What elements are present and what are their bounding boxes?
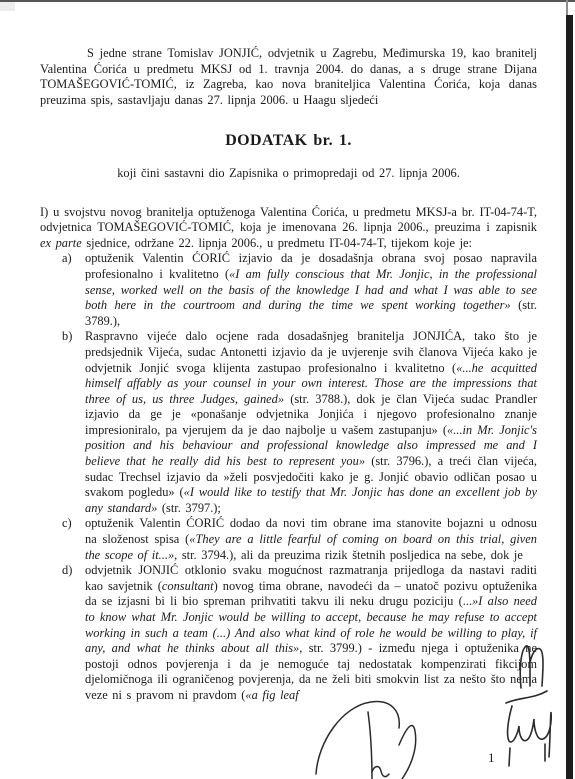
handwritten-signature [316, 702, 416, 779]
list-item: b)Raspravno vijeće dalo ocjene rada dosa… [85, 329, 537, 516]
scan-top-edge-line [0, 0, 575, 2]
list-item: a)optuženik Valentin ĆORIĆ izjavio da je… [85, 251, 537, 329]
item-label: c) [62, 516, 72, 532]
item-label: d) [62, 563, 72, 579]
quoted-italic-text: «a fig leaf [245, 688, 298, 702]
scanned-document-page: S jedne strane Tomislav JONJIĆ, odvjetni… [0, 0, 575, 779]
section-intro-paragraph: I) u svojstvu novog branitelja optuženog… [40, 205, 537, 252]
item-text: optuženik Valentin ĆORIĆ dodao da novi t… [85, 516, 537, 561]
item-list: a)optuženik Valentin ĆORIĆ izjavio da je… [85, 251, 537, 703]
scan-binding-bar [566, 15, 573, 779]
item-text: optuženik Valentin ĆORIĆ izjavio da je d… [85, 251, 537, 327]
document-title: DODATAK br. 1. [40, 133, 537, 149]
quoted-italic-text: ex parte [40, 236, 82, 250]
item-label: b) [62, 329, 72, 345]
page-number: 1 [488, 750, 495, 766]
list-item: d)odvjetnik JONJIĆ otklonio svaku mogućn… [85, 563, 537, 703]
body-text: (str. 3797.); [157, 501, 221, 515]
item-text: Raspravno vijeće dalo ocjene rada dosada… [85, 329, 537, 515]
scan-right-edge-line [566, 0, 568, 16]
body-text: sjednice, održane 22. lipnja 2006., u pr… [82, 236, 472, 250]
document-subtitle: koji čini sastavni dio Zapisnika o primo… [40, 166, 537, 182]
quoted-italic-text: consultant [162, 579, 214, 593]
body-text: I) u svojstvu novog branitelja optuženog… [40, 205, 537, 235]
document-body: S jedne strane Tomislav JONJIĆ, odvjetni… [40, 46, 537, 704]
body-text: , str. 3794.), ali da preuzima rizik šte… [174, 548, 523, 562]
scan-corner-artifact [0, 2, 15, 11]
item-label: a) [62, 251, 72, 267]
item-text: odvjetnik JONJIĆ otklonio svaku mogućnos… [85, 563, 537, 702]
list-item: c)optuženik Valentin ĆORIĆ dodao da novi… [85, 516, 537, 563]
intro-paragraph: S jedne strane Tomislav JONJIĆ, odvjetni… [40, 46, 537, 108]
